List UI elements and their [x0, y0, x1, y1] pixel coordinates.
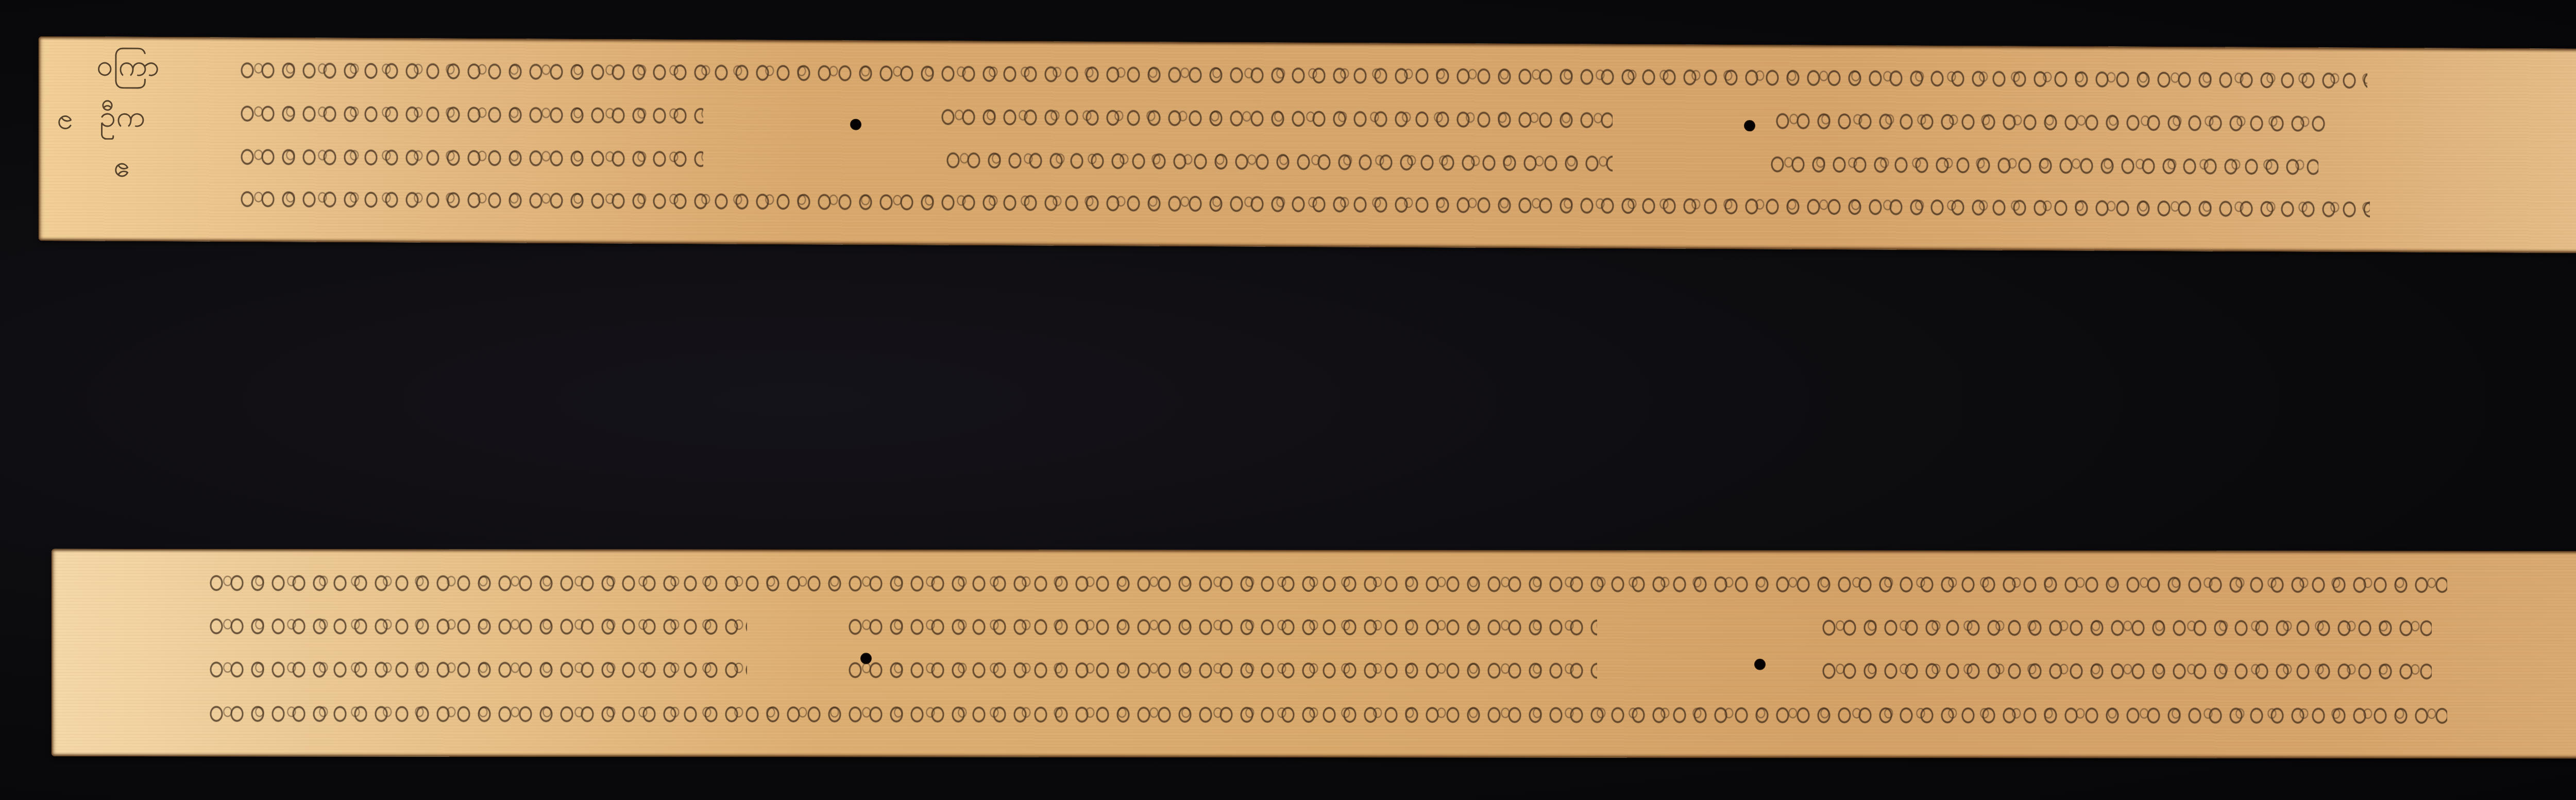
script-line-2a: [206, 611, 747, 639]
palm-leaf-top: ဝကြာ ဦက ၔ ဧ: [39, 37, 2576, 253]
binding-hole-right: [1744, 120, 1755, 131]
script-line-3a: [206, 654, 747, 683]
binding-hole-right: [1754, 659, 1766, 670]
script-line-1: [206, 568, 2447, 598]
script-line-2c: [1772, 106, 2329, 136]
script-line-4: [206, 699, 2447, 728]
script-line-3a: [237, 142, 703, 172]
script-line-2c: [1819, 612, 2432, 641]
script-line-1: [237, 55, 2367, 93]
script-line-3c: [1767, 149, 2318, 179]
binding-hole-left: [860, 653, 872, 664]
binding-hole-left: [850, 119, 861, 130]
script-line-2b: [938, 101, 1613, 132]
script-line-2a: [237, 98, 703, 128]
script-line-2b: [845, 611, 1597, 640]
script-line-3b: [943, 145, 1613, 176]
script-line-3c: [1819, 656, 2432, 684]
text-lines: [39, 37, 2576, 253]
script-line-3b: [845, 655, 1597, 683]
palm-leaf-bottom: [52, 549, 2576, 758]
text-lines: [52, 549, 2576, 758]
script-line-4: [237, 184, 2370, 222]
